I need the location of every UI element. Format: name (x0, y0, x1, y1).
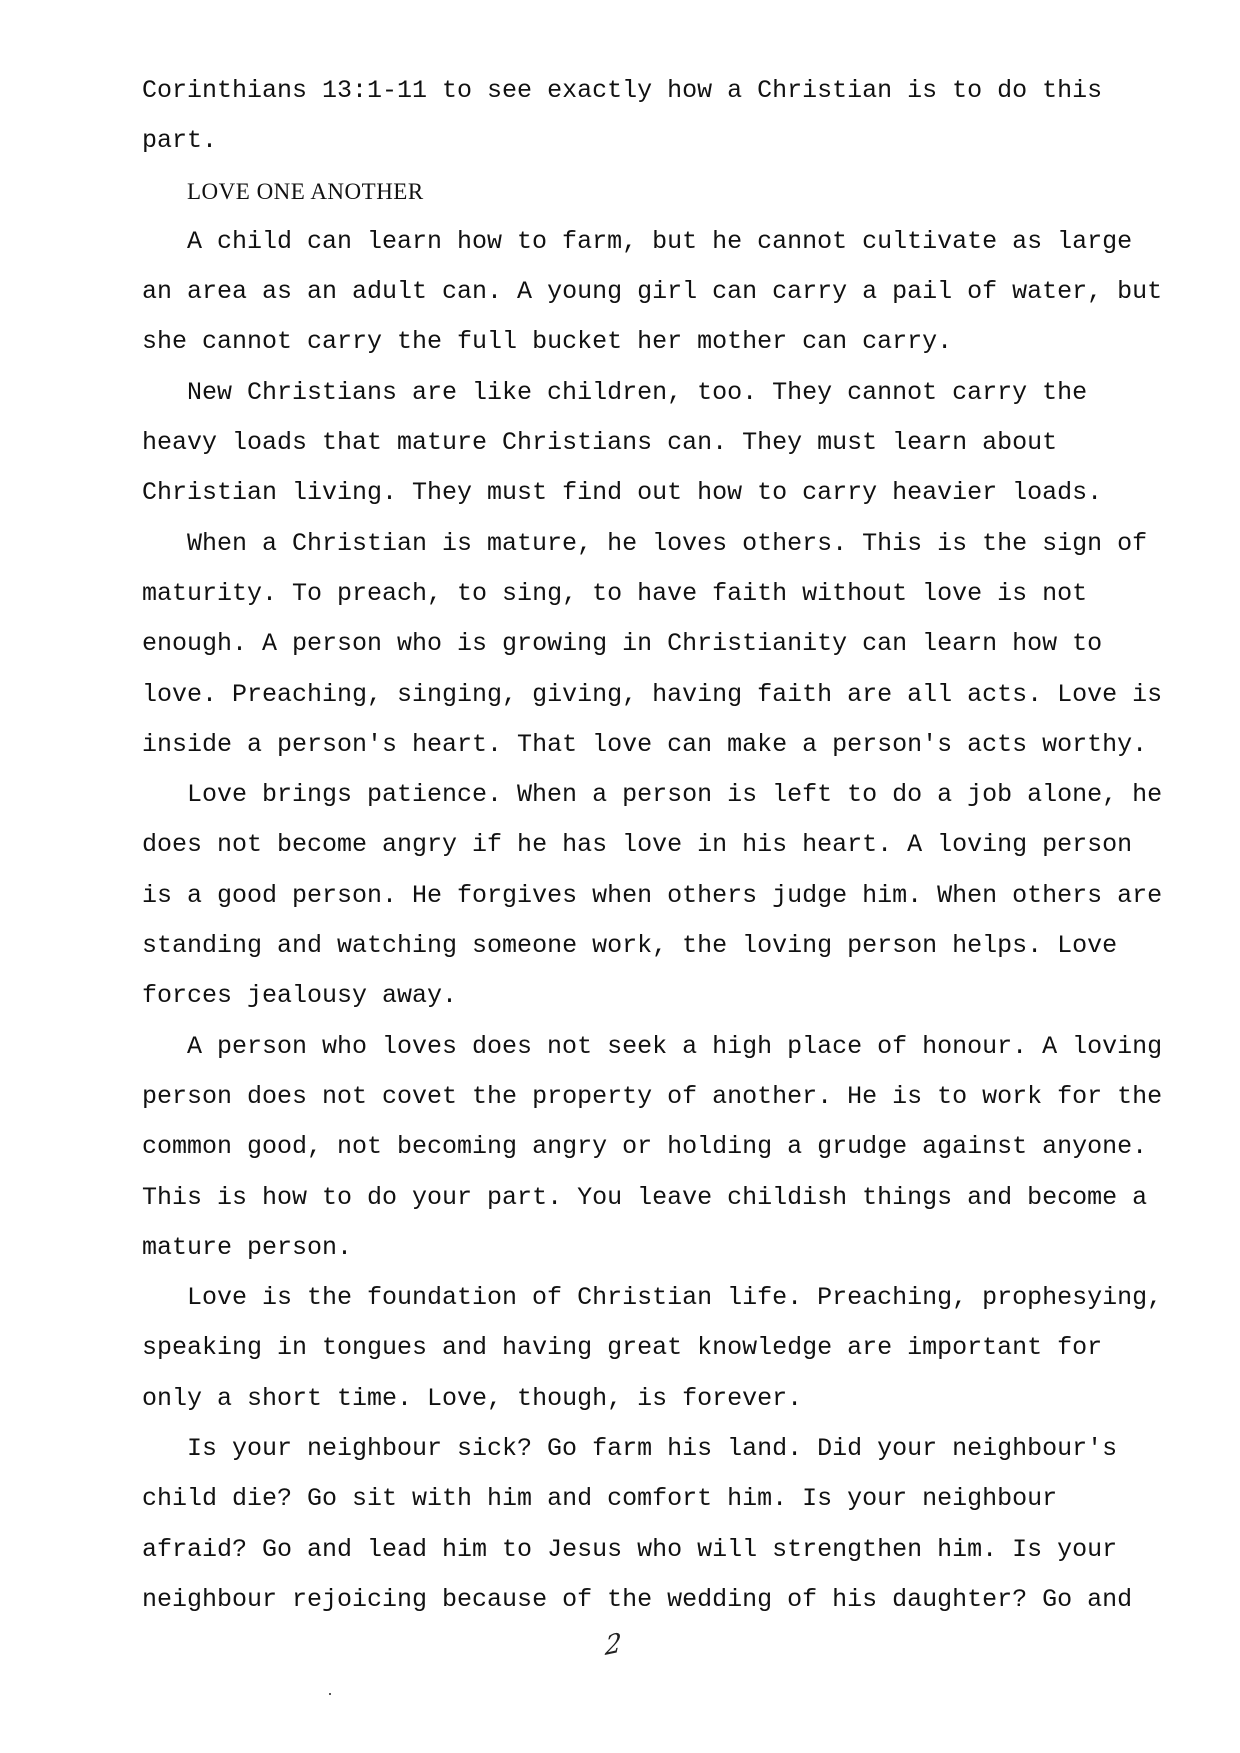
text-line: A person who loves does not seek a high … (142, 1022, 1222, 1072)
text-line: only a short time. Love, though, is fore… (142, 1374, 1222, 1424)
page-number: 2 (604, 1628, 622, 1662)
text-line: child die? Go sit with him and comfort h… (142, 1474, 1222, 1524)
text-line: person does not covet the property of an… (142, 1072, 1222, 1122)
text-line: love. Preaching, singing, giving, having… (142, 670, 1222, 720)
text-line: part. (142, 116, 1222, 166)
text-line: heavy loads that mature Christians can. … (142, 418, 1222, 468)
section-heading: LOVE ONE ANOTHER (142, 167, 1222, 217)
text-line: Christian living. They must find out how… (142, 468, 1222, 518)
text-line: Corinthians 13:1-11 to see exactly how a… (142, 66, 1222, 116)
text-line: is a good person. He forgives when other… (142, 871, 1222, 921)
text-line: When a Christian is mature, he loves oth… (142, 519, 1222, 569)
text-line: standing and watching someone work, the … (142, 921, 1222, 971)
text-line: Love is the foundation of Christian life… (142, 1273, 1222, 1323)
text-line: Is your neighbour sick? Go farm his land… (142, 1424, 1222, 1474)
text-line: mature person. (142, 1223, 1222, 1273)
text-line: common good, not becoming angry or holdi… (142, 1122, 1222, 1172)
text-line: an area as an adult can. A young girl ca… (142, 267, 1222, 317)
text-line: she cannot carry the full bucket her mot… (142, 317, 1222, 367)
text-line: A child can learn how to farm, but he ca… (142, 217, 1222, 267)
text-line: enough. A person who is growing in Chris… (142, 619, 1222, 669)
text-line: afraid? Go and lead him to Jesus who wil… (142, 1525, 1222, 1575)
text-line: inside a person's heart. That love can m… (142, 720, 1222, 770)
text-line: This is how to do your part. You leave c… (142, 1173, 1222, 1223)
text-line: maturity. To preach, to sing, to have fa… (142, 569, 1222, 619)
text-line: New Christians are like children, too. T… (142, 368, 1222, 418)
text-line: does not become angry if he has love in … (142, 820, 1222, 870)
text-line: Love brings patience. When a person is l… (142, 770, 1222, 820)
document-page: Corinthians 13:1-11 to see exactly how a… (0, 0, 1240, 1753)
text-line: forces jealousy away. (142, 971, 1222, 1021)
document-body: Corinthians 13:1-11 to see exactly how a… (142, 66, 1222, 1625)
text-line: neighbour rejoicing because of the weddi… (142, 1575, 1222, 1625)
text-line: speaking in tongues and having great kno… (142, 1323, 1222, 1373)
scan-speck (329, 1693, 331, 1695)
